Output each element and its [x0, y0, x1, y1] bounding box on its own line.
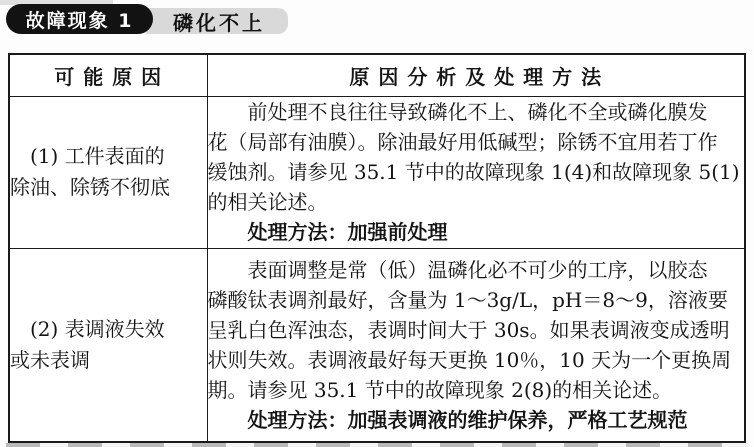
table-row: (2) 表调液失效或未表调表面调整是常（低）温磷化必不可少的工序，以胶态磷酸钛表…	[9, 248, 745, 442]
scanned-book-page: { "header": { "badge_label": "故障现象 1", "…	[0, 0, 754, 447]
text-line: 或未表调	[10, 345, 207, 376]
cause-cell: (2) 表调液失效或未表调	[9, 248, 207, 442]
text-line: 处理方法：加强前处理	[208, 217, 745, 247]
text-line: (2) 表调液失效	[10, 314, 207, 345]
text-line: 缓蚀剂。请参见 35.1 节中的故障现象 1(4)和故障现象 5(1)	[208, 157, 745, 187]
table-row: (1) 工件表面的除油、除锈不彻底前处理不良往往导致磷化不上、磷化不全或磷化膜发…	[9, 96, 745, 248]
fault-table-header: 可 能 原 因 原 因 分 析 及 处 理 方 法	[9, 54, 745, 96]
text-line: 表面调整是常（低）温磷化必不可少的工序，以胶态	[208, 255, 745, 285]
fault-phenomenon-badge: 故障现象 1	[6, 4, 153, 34]
text-line: 状则失效。表调液最好每天更换 10％，10 天为一个更换周	[208, 345, 745, 375]
fault-phenomenon-label: 故障现象 1	[26, 6, 134, 33]
fault-table: 可 能 原 因 原 因 分 析 及 处 理 方 法 (1) 工件表面的除油、除锈…	[8, 53, 746, 443]
column-header-analysis: 原 因 分 析 及 处 理 方 法	[207, 54, 745, 96]
fault-table-body: (1) 工件表面的除油、除锈不彻底前处理不良往往导致磷化不上、磷化不全或磷化膜发…	[9, 96, 745, 442]
text-line: 的相关论述。	[208, 187, 745, 217]
text-line: 期。请参见 35.1 节中的故障现象 2(8)的相关论述。	[208, 375, 745, 405]
text-line: (1) 工件表面的	[10, 141, 207, 172]
fault-title-label: 磷化不上	[173, 7, 265, 36]
scan-artifact-bottom	[6, 443, 748, 447]
text-line: 除油、除锈不彻底	[10, 172, 207, 203]
cause-cell: (1) 工件表面的除油、除锈不彻底	[9, 96, 207, 248]
header-row: 可 能 原 因 原 因 分 析 及 处 理 方 法	[9, 54, 745, 96]
column-header-cause: 可 能 原 因	[9, 54, 207, 96]
text-line: 花（局部有油膜）。除油最好用低碱型；除锈不宜用若丁作	[208, 127, 745, 157]
analysis-cell: 表面调整是常（低）温磷化必不可少的工序，以胶态磷酸钛表调剂最好，含量为 1～3g…	[207, 248, 745, 442]
text-line: 处理方法：加强表调液的维护保养，严格工艺规范	[208, 405, 745, 435]
text-line: 前处理不良往往导致磷化不上、磷化不全或磷化膜发	[208, 97, 745, 127]
text-line: 呈乳白色浑浊态，表调时间大于 30s。如果表调液变成透明	[208, 315, 745, 345]
fault-title-badge: 磷化不上	[140, 8, 288, 34]
analysis-cell: 前处理不良往往导致磷化不上、磷化不全或磷化膜发花（局部有油膜）。除油最好用低碱型…	[207, 96, 745, 248]
text-line: 磷酸钛表调剂最好，含量为 1～3g/L，pH＝8～9，溶液要	[208, 285, 745, 315]
